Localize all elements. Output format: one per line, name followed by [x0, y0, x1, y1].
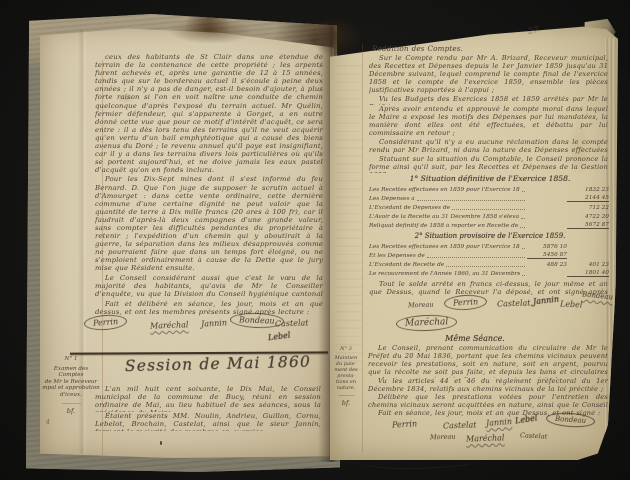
margin-note-line: ment des presta-: [334, 367, 357, 379]
amount-outer: 5672 87: [567, 222, 609, 229]
deliberation-heading: Reddition des Comptes.: [372, 45, 522, 53]
margin-note-number: N° 1: [42, 356, 100, 363]
ink-stain-top: [168, 18, 254, 44]
signature: Moreau: [408, 301, 434, 310]
right-paragraph: Sur le Compte rendu par Mr A. Brizard, R…: [369, 55, 608, 95]
signature: Castelat,: [497, 298, 533, 308]
amount-outer: 1801 40: [567, 270, 609, 277]
signature: Maréchal: [466, 433, 505, 443]
closing-formula: Fait et délibéré en séance, les jour, mo…: [95, 300, 323, 316]
ink-bleed-through: [336, 64, 362, 374]
left-paragraph: ceux des habitants de St Clair dans une …: [95, 53, 323, 174]
signature: Castelat: [443, 420, 477, 430]
right-paragraph: Le Conseil, prenant communication du cir…: [368, 345, 608, 378]
signature: Jannin: [201, 318, 227, 328]
ink-dot: [160, 441, 162, 445]
statement-row: Le recouvrement de l'Année 1860, au 31 D…: [369, 268, 609, 277]
right-paragraph: Après avoir entendu et approuvé le compt…: [369, 106, 608, 138]
statement-table-1858: Les Recettes effectuées en 1859 pour l'E…: [369, 184, 609, 230]
row-label: Le recouvrement de l'Année 1860, au 31 D…: [369, 271, 520, 277]
statement-row: L'Excédant de Recette de 488 23 401 23: [369, 259, 609, 268]
manuscript-scan: ceux des habitants de St Clair dans une …: [0, 0, 630, 480]
signature: Jannin: [486, 417, 513, 428]
signature: Perrin: [392, 419, 418, 429]
right-paragraph: Considérant qu'il n'y a eu aucune réclam…: [369, 139, 608, 156]
row-label: Reliquat définitif de 1858 à reporter en…: [369, 223, 518, 229]
right-paragraph: Vu les articles 44 et 46 du règlement pr…: [368, 378, 608, 394]
right-paragraph: Délibère que les prestations votées pour…: [368, 394, 608, 410]
left-paragraph: Le Conseil considérant aussi que c'est l…: [95, 274, 323, 299]
margin-note-number: N° 3: [332, 346, 360, 352]
session-present-text: Étaient présents MM. Noulin, Andrieu, Gu…: [95, 412, 321, 431]
statement-section-title: 2° Situation provisoire de l'Exercice 18…: [395, 232, 585, 240]
margin-note-line: tions en nature.: [336, 379, 356, 391]
margin-note-initials: bf.: [332, 400, 360, 406]
statement-row: L'Avoir de la Recette au 31 Décembre 185…: [369, 211, 609, 220]
signature: Castelat: [275, 318, 309, 328]
same-session-heading: Même Séance.: [430, 334, 520, 343]
right-closing-text: Tout le solde arrêté en francs ci-dessus…: [369, 281, 608, 297]
margin-note-line: Examen des Comptes: [54, 366, 88, 379]
margin-note-line: d'iceux.: [60, 392, 82, 398]
margin-note: N° 3 Maintien du paie- ment des presta- …: [332, 346, 360, 406]
signature: Castelat: [520, 431, 548, 440]
left-paragraph: Pour les Dix-Sept mines dont il s'est in…: [95, 175, 323, 272]
folio-mark: 4: [46, 419, 50, 426]
amount-outer: 2144 45: [567, 195, 609, 202]
signature: Lebel: [560, 299, 583, 309]
margin-note-dash: ————: [42, 401, 100, 408]
margin-note-initials: bf.: [42, 408, 100, 415]
statement-row: Les Recettes effectuées en 1859 pour l'E…: [369, 184, 609, 193]
session-present-paragraph: Étaient présents MM. Noulin, Andrieu, Gu…: [95, 412, 321, 431]
margin-note-line: mpal et approbation: [42, 385, 100, 391]
right-paragraph: Vu les Budgets des Exercices 1858 et 185…: [369, 96, 608, 105]
statement-row: Et les Dépenses de 5456 87: [369, 250, 609, 259]
statement-row: Reliquat définitif de 1858 à reporter en…: [369, 220, 609, 229]
statement-row: Les Dépenses à 2144 45: [369, 193, 609, 202]
margin-note-line: de Mr le Receveur: [45, 379, 97, 385]
stray-fiber: [360, 452, 480, 469]
statement-section-title: 1° Situation définitive de l'Exercice 18…: [395, 174, 585, 183]
session-intro-text: L'an mil huit cent soixante, le Dix Mai,…: [95, 385, 321, 412]
signature: Maréchal: [150, 320, 189, 330]
amount-inner: 5456 87: [527, 252, 567, 259]
right-paragraph: Statuant sur la situation du Comptable, …: [369, 156, 608, 173]
session-intro-paragraph: L'an mil huit cent soixante, le Dix Mai,…: [95, 385, 321, 412]
statement-table-1859: Les Recettes effectuées en 1859 pour l'E…: [369, 241, 609, 279]
folio-number: 27: [527, 25, 539, 37]
right-margin-rule: [362, 44, 363, 452]
signature: Moreau: [430, 433, 456, 442]
statement-row: L'Excédant de Dépenses de 712 22: [369, 202, 609, 211]
margin-note: N° 1 Examen des Comptes de Mr le Receveu…: [42, 356, 100, 415]
left-body-text: ceux des habitants de St Clair dans une …: [95, 53, 323, 299]
gutter-stain: [308, 16, 364, 56]
margin-note-line: Maintien du paie-: [335, 355, 358, 367]
left-closing-text: Fait et délibéré en séance, les jour, mo…: [95, 300, 323, 318]
statement-row: Les Recettes effectuées en 1859 pour l'E…: [369, 241, 609, 250]
